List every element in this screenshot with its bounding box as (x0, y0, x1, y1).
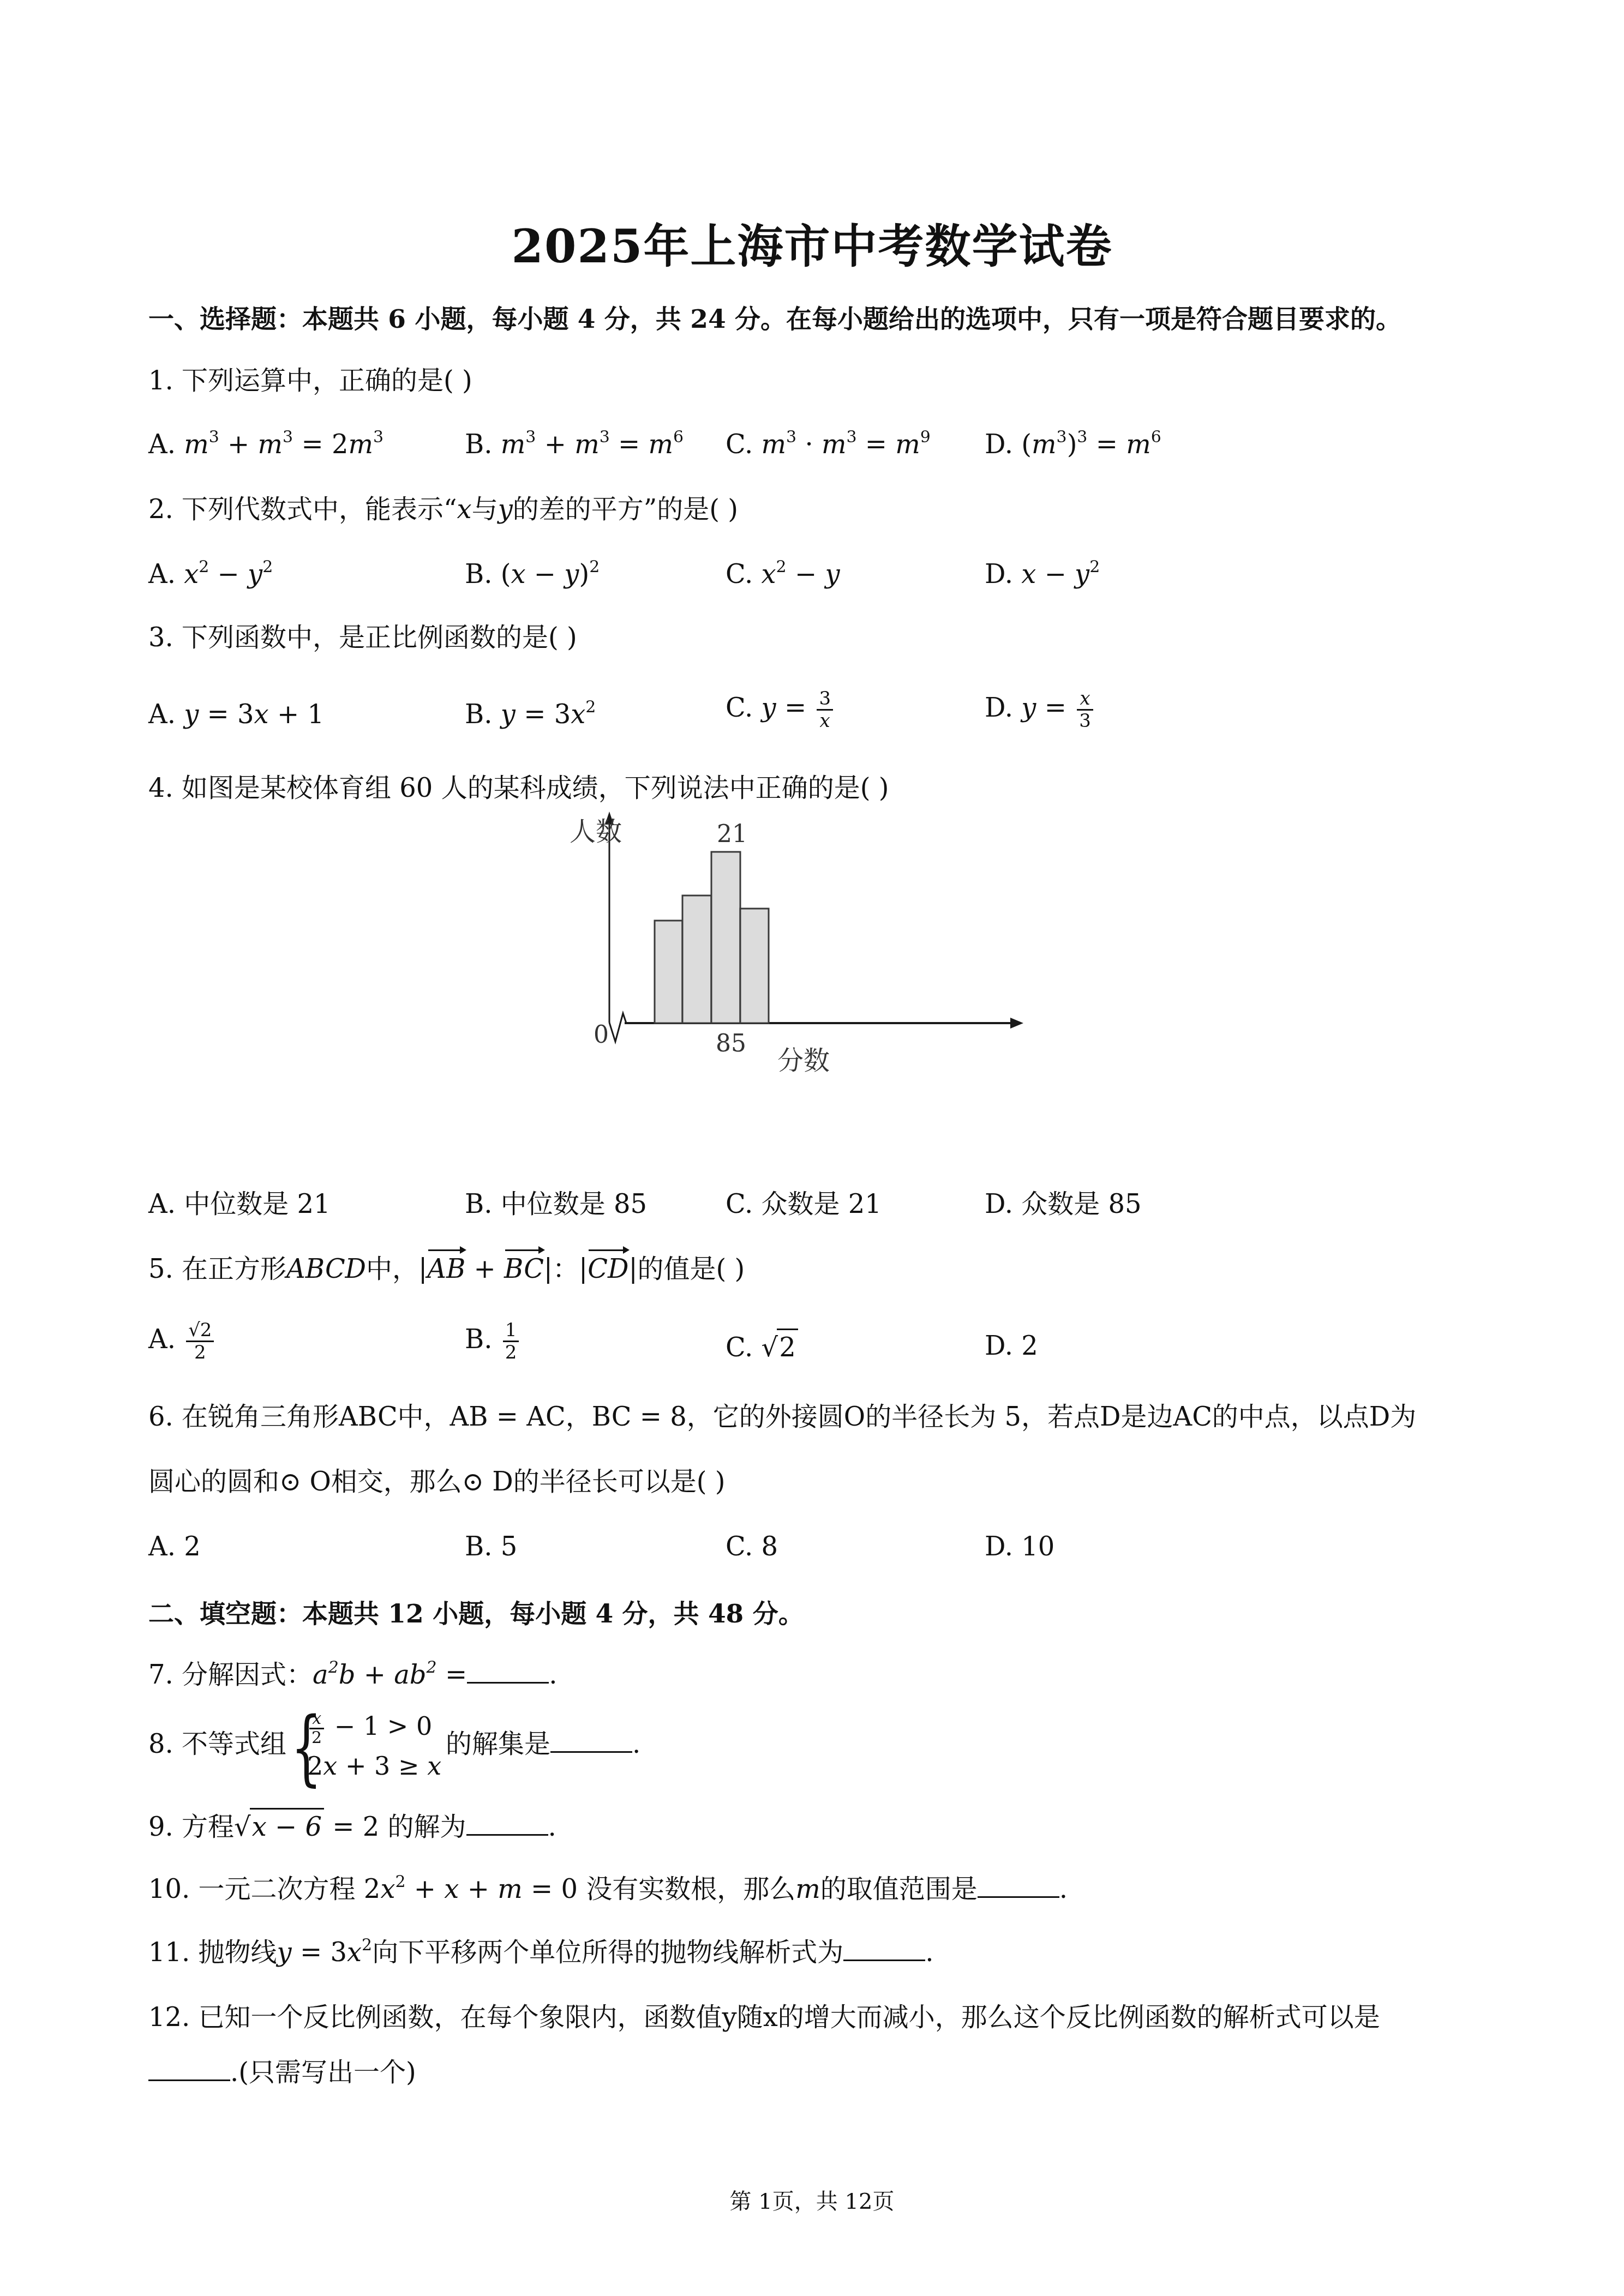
q4-option-a: A. 中位数是 21 (148, 1187, 331, 1222)
inequality-system: {x2 − 1 > 02x + 3 ≥ x (291, 1707, 441, 1785)
q6-option-a: A. 2 (148, 1529, 201, 1564)
vector-cd: CD (588, 1252, 628, 1287)
q5-option-d: D. 2 (985, 1329, 1038, 1363)
q2-option-c: C. x2 − y (726, 557, 840, 592)
page-title: 2025年上海市中考数学试卷 (0, 210, 1624, 276)
q3-option-c: C. y = 3x (726, 688, 835, 731)
q3-option-a: A. y = 3x + 1 (148, 697, 324, 732)
q1-option-d: D. (m3)3 = m6 (985, 427, 1161, 462)
question-12-line1: 12. 已知一个反比例函数，在每个象限内，函数值y随x的增大而减小，那么这个反比… (148, 2000, 1380, 2035)
section-heading-fill: 二、填空题：本题共 12 小题，每小题 4 分，共 48 分。 (148, 1594, 804, 1630)
question-7: 7. 分解因式：a2b + ab2 =. (148, 1657, 557, 1692)
q6-option-c: C. 8 (726, 1529, 778, 1564)
x-tick-label: 85 (716, 1030, 746, 1057)
bar-2 (682, 895, 711, 1023)
q3-option-b: B. y = 3x2 (465, 697, 596, 732)
answer-blank[interactable] (467, 1658, 549, 1684)
q6-option-b: B. 5 (465, 1529, 517, 1564)
answer-blank[interactable] (466, 1810, 548, 1836)
question-6-stem-line2: 圆心的圆和⊙ O相交，那么⊙ D的半径长可以是( ) (148, 1464, 726, 1499)
question-3-stem: 3. 下列函数中，是正比例函数的是( ) (148, 620, 577, 655)
peak-value-label: 21 (717, 820, 747, 848)
question-1-stem: 1. 下列运算中，正确的是( ) (148, 363, 472, 398)
fraction: 3x (817, 688, 833, 731)
x-axis-label: 分数 (777, 1039, 830, 1077)
q4-option-b: B. 中位数是 85 (465, 1187, 647, 1222)
y-axis-label: 人数 (570, 810, 622, 848)
answer-blank[interactable] (550, 1727, 632, 1753)
section-heading-choice: 一、选择题：本题共 6 小题，每小题 4 分，共 24 分。在每小题给出的选项中… (148, 299, 1401, 335)
answer-blank[interactable] (148, 2055, 230, 2081)
q1-option-a: A. m3 + m3 = 2m3 (148, 427, 383, 462)
question-9: 9. 方程√x − 6 = 2 的解为. (148, 1808, 556, 1844)
question-10: 10. 一元二次方程 2x2 + x + m = 0 没有实数根，那么m的取值范… (148, 1872, 1068, 1907)
q5-option-b: B. 12 (465, 1320, 521, 1363)
origin-label: 0 (594, 1021, 609, 1049)
q6-option-d: D. 10 (985, 1529, 1054, 1564)
fraction: x3 (1077, 688, 1093, 731)
q2-option-b: B. (x − y)2 (465, 557, 600, 592)
question-11: 11. 抛物线y = 3x2向下平移两个单位所得的抛物线解析式为. (148, 1935, 933, 1970)
answer-blank[interactable] (978, 1872, 1059, 1898)
vector-ab: AB (427, 1252, 465, 1287)
q5-option-c: C. √2 (726, 1329, 798, 1365)
question-12-line2: .(只需写出一个) (148, 2055, 416, 2090)
q4-option-d: D. 众数是 85 (985, 1187, 1142, 1222)
question-8: 8. 不等式组{x2 − 1 > 02x + 3 ≥ x的解集是. (148, 1707, 640, 1785)
question-5-stem: 5. 在正方形ABCD中，|AB + BC|：|CD|的值是( ) (148, 1252, 745, 1287)
q5-option-a: A. √22 (148, 1320, 216, 1363)
question-6-stem-line1: 6. 在锐角三角形ABC中，AB = AC，BC = 8，它的外接圆O的半径长为… (148, 1399, 1416, 1434)
q1-option-b: B. m3 + m3 = m6 (465, 427, 684, 462)
bar-4 (740, 909, 769, 1023)
q1-option-c: C. m3 · m3 = m9 (726, 427, 931, 462)
q2-option-d: D. x − y2 (985, 557, 1100, 592)
bar-1 (655, 921, 682, 1023)
vector-bc: BC (504, 1252, 544, 1287)
answer-blank[interactable] (843, 1936, 925, 1961)
q4-option-c: C. 众数是 21 (726, 1187, 882, 1222)
bar-3 (711, 852, 740, 1023)
histogram-chart: 人数 0 21 85 分数 (546, 807, 1064, 1134)
histogram-bars (655, 852, 769, 1023)
q3-option-d: D. y = x3 (985, 688, 1095, 731)
question-4-stem: 4. 如图是某校体育组 60 人的某科成绩，下列说法中正确的是( ) (148, 771, 889, 806)
q2-option-a: A. x2 − y2 (148, 557, 273, 592)
page-footer: 第 1页，共 12页 (0, 2184, 1624, 2215)
question-2-stem: 2. 下列代数式中，能表示“x与y的差的平方”的是( ) (148, 492, 738, 527)
